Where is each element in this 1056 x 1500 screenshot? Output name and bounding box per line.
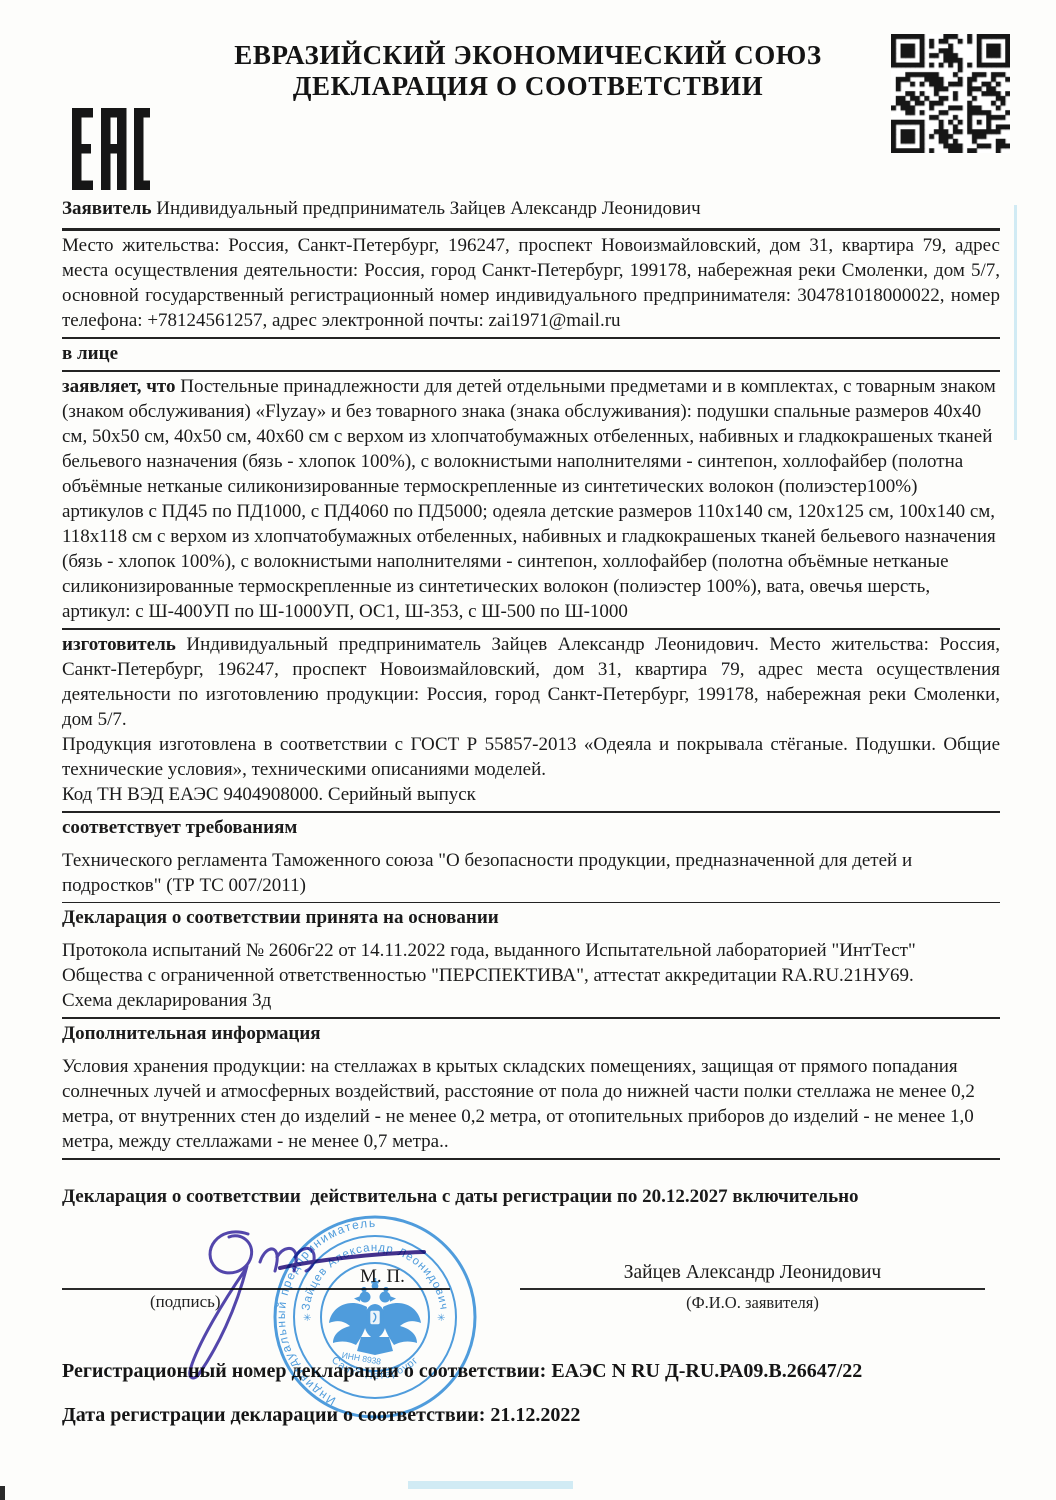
section-basis: Декларация о соответствии принята на осн… [62,903,1000,1019]
section-complies: соответствует требованиям Технического р… [62,813,1000,903]
scan-streak-right [1014,205,1017,440]
registration-date-line: Дата регистрации декларации о соответств… [62,1404,580,1427]
section-declares: заявляет, что Постельные принадлежности … [62,372,1000,630]
manufacturer-text: Индивидуальный предприниматель Зайцев Ал… [62,634,1000,730]
basis-text: Протокола испытаний № 2606г22 от 14.11.2… [62,938,1000,988]
declares-label: заявляет, что [62,376,176,397]
eac-mark-icon [72,108,150,190]
section-additional-info: Дополнительная информация Условия хранен… [62,1019,1000,1160]
manufacturer-label: изготовитель [62,634,176,655]
company-stamp: Индивидуальный предприниматель ✳ ОГРН 30… [265,1207,485,1427]
declares-text: Постельные принадлежности для детей отде… [62,376,996,622]
validity-line: Декларация о соответствии действительна … [62,1179,1000,1209]
fio-line [520,1288,985,1290]
section-residence: Место жительства: Россия, Санкт-Петербур… [62,231,1000,339]
scan-streak-bottom [408,1481,573,1489]
basis-label: Декларация о соответствии принята на осн… [62,905,1000,930]
applicant-value: Индивидуальный предприниматель Зайцев Ал… [156,198,700,219]
stamp-star-right: ✳ [437,1313,445,1324]
made-in-accordance-text: Продукция изготовлена в соответствии с Г… [62,732,1000,782]
applicant-label: Заявитель [62,198,152,219]
additional-info-label: Дополнительная информация [62,1021,1000,1046]
fio-caption: (Ф.И.О. заявителя) [520,1293,985,1313]
section-manufacturer: изготовитель Индивидуальный предпринимат… [62,630,1000,813]
scheme-line: Схема декларирования 3д [62,988,1000,1013]
section-in-person: в лице [62,339,1000,372]
tnved-code-line: Код ТН ВЭД ЕАЭС 9404908000. Серийный вып… [62,782,1000,807]
document-body: Заявитель Индивидуальный предприниматель… [62,194,1000,1224]
residence-text: Место жительства: Россия, Санкт-Петербур… [62,233,1000,333]
signature-caption: (подпись) [150,1292,221,1312]
section-applicant: Заявитель Индивидуальный предприниматель… [62,194,1000,231]
in-person-label: в лице [62,341,1000,366]
additional-info-text: Условия хранения продукции: на стеллажах… [62,1054,1000,1154]
declaration-document: ЕВРАЗИЙСКИЙ ЭКОНОМИЧЕСКИЙ СОЮЗ ДЕКЛАРАЦИ… [0,0,1056,1500]
registration-number-line: Регистрационный номер декларации о соотв… [62,1360,862,1383]
applicant-fio: Зайцев Александр Леонидович [520,1262,985,1284]
qr-code [891,34,1010,153]
complies-text: Технического регламента Таможенного союз… [62,848,1000,898]
scan-edge-mark [0,1486,5,1500]
stamp-star-left: ✳ [303,1313,311,1324]
stamp-place-label: М. П. [360,1266,405,1288]
signature-line [62,1288,450,1290]
complies-label: соответствует требованиям [62,815,1000,840]
